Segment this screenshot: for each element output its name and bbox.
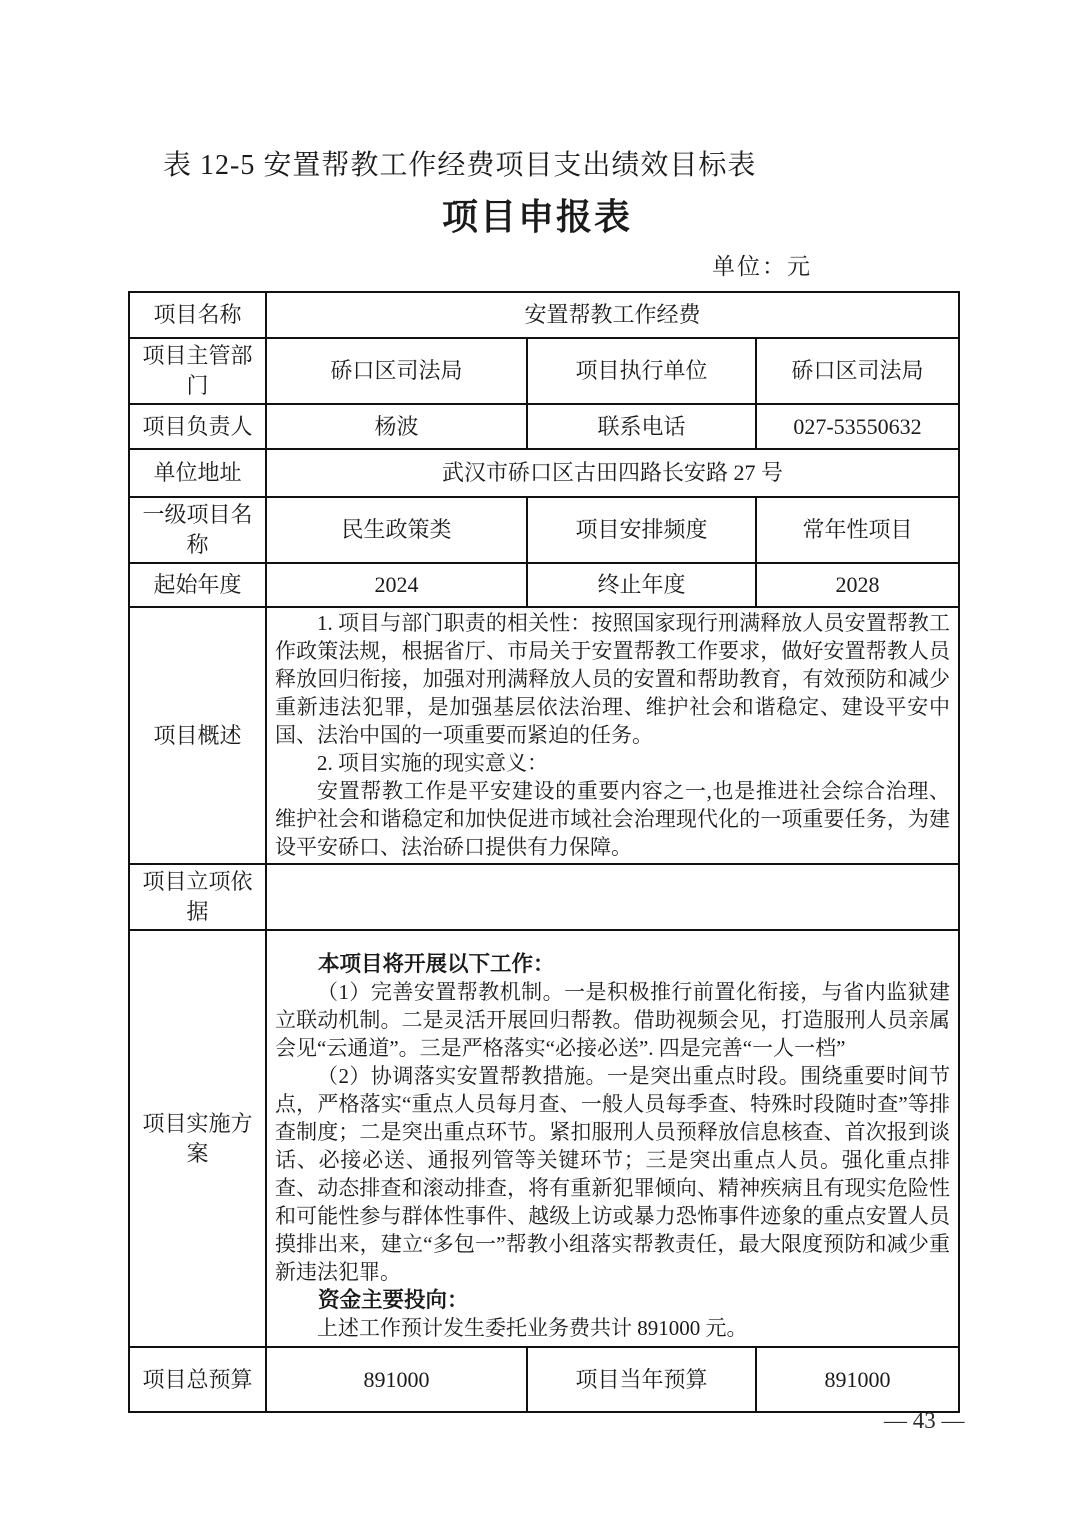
row-level1-project: 一级项目名称 民生政策类 项目安排频度 常年性项目 bbox=[129, 497, 959, 563]
overview-paragraph: 安置帮教工作是平安建设的重要内容之一,也是推进社会综合治理、维护社会和谐稳定和加… bbox=[275, 777, 950, 861]
total-budget-label: 项目总预算 bbox=[129, 1347, 266, 1412]
row-implementation: 项目实施方案 本项目将开展以下工作： （1）完善安置帮教机制。一是积极推行前置化… bbox=[129, 930, 959, 1347]
unit-note: 单位：元 bbox=[712, 248, 812, 281]
basis-value bbox=[266, 864, 959, 930]
current-year-budget-label: 项目当年预算 bbox=[527, 1347, 756, 1412]
row-manager: 项目负责人 杨波 联系电话 027-53550632 bbox=[129, 404, 959, 449]
total-budget-value: 891000 bbox=[266, 1347, 527, 1412]
frequency-value: 常年性项目 bbox=[756, 497, 959, 563]
form-title: 项目申报表 bbox=[0, 189, 1074, 240]
level1-value: 民生政策类 bbox=[266, 497, 527, 563]
application-form-table: 项目名称 安置帮教工作经费 项目主管部门 硚口区司法局 项目执行单位 硚口区司法… bbox=[128, 291, 960, 1413]
row-overview: 项目概述 1. 项目与部门职责的相关性：按照国家现行刑满释放人员安置帮教工作政策… bbox=[129, 607, 959, 864]
exec-unit-value: 硚口区司法局 bbox=[756, 338, 959, 404]
address-label: 单位地址 bbox=[129, 449, 266, 497]
implementation-paragraph: （1）完善安置帮教机制。一是积极推行前置化衔接，与省内监狱建立联动机制。二是灵活… bbox=[275, 978, 950, 1062]
row-basis: 项目立项依据 bbox=[129, 864, 959, 930]
overview-paragraph: 1. 项目与部门职责的相关性：按照国家现行刑满释放人员安置帮教工作政策法规，根据… bbox=[275, 609, 950, 749]
funding-direction-paragraph: 上述工作预计发生委托业务费共计 891000 元。 bbox=[275, 1314, 950, 1342]
frequency-label: 项目安排频度 bbox=[527, 497, 756, 563]
project-name-value: 安置帮教工作经费 bbox=[266, 292, 959, 338]
row-project-name: 项目名称 安置帮教工作经费 bbox=[129, 292, 959, 338]
implementation-heading: 本项目将开展以下工作： bbox=[275, 950, 950, 978]
funding-direction-heading: 资金主要投向： bbox=[275, 1286, 950, 1314]
overview-label: 项目概述 bbox=[129, 607, 266, 864]
end-year-label: 终止年度 bbox=[527, 563, 756, 607]
start-year-value: 2024 bbox=[266, 563, 527, 607]
manager-label: 项目负责人 bbox=[129, 404, 266, 449]
phone-value: 027-53550632 bbox=[756, 404, 959, 449]
table-caption: 表 12-5 安置帮教工作经费项目支出绩效目标表 bbox=[163, 143, 756, 183]
exec-unit-label: 项目执行单位 bbox=[527, 338, 756, 404]
implementation-value: 本项目将开展以下工作： （1）完善安置帮教机制。一是积极推行前置化衔接，与省内监… bbox=[266, 930, 959, 1347]
project-name-label: 项目名称 bbox=[129, 292, 266, 338]
overview-value: 1. 项目与部门职责的相关性：按照国家现行刑满释放人员安置帮教工作政策法规，根据… bbox=[266, 607, 959, 864]
row-years: 起始年度 2024 终止年度 2028 bbox=[129, 563, 959, 607]
page-number: — 43 — bbox=[884, 1408, 965, 1434]
start-year-label: 起始年度 bbox=[129, 563, 266, 607]
end-year-value: 2028 bbox=[756, 563, 959, 607]
phone-label: 联系电话 bbox=[527, 404, 756, 449]
department-label: 项目主管部门 bbox=[129, 338, 266, 404]
implementation-paragraph: （2）协调落实安置帮教措施。一是突出重点时段。围绕重要时间节点，严格落实“重点人… bbox=[275, 1062, 950, 1286]
department-value: 硚口区司法局 bbox=[266, 338, 527, 404]
address-value: 武汉市硚口区古田四路长安路 27 号 bbox=[266, 449, 959, 497]
basis-label: 项目立项依据 bbox=[129, 864, 266, 930]
implementation-label: 项目实施方案 bbox=[129, 930, 266, 1347]
document-page: 表 12-5 安置帮教工作经费项目支出绩效目标表 项目申报表 单位：元 项目名称… bbox=[0, 0, 1074, 1520]
row-department: 项目主管部门 硚口区司法局 项目执行单位 硚口区司法局 bbox=[129, 338, 959, 404]
current-year-budget-value: 891000 bbox=[756, 1347, 959, 1412]
manager-value: 杨波 bbox=[266, 404, 527, 449]
overview-paragraph: 2. 项目实施的现实意义： bbox=[275, 749, 950, 777]
row-budget: 项目总预算 891000 项目当年预算 891000 bbox=[129, 1347, 959, 1412]
row-address: 单位地址 武汉市硚口区古田四路长安路 27 号 bbox=[129, 449, 959, 497]
level1-label: 一级项目名称 bbox=[129, 497, 266, 563]
